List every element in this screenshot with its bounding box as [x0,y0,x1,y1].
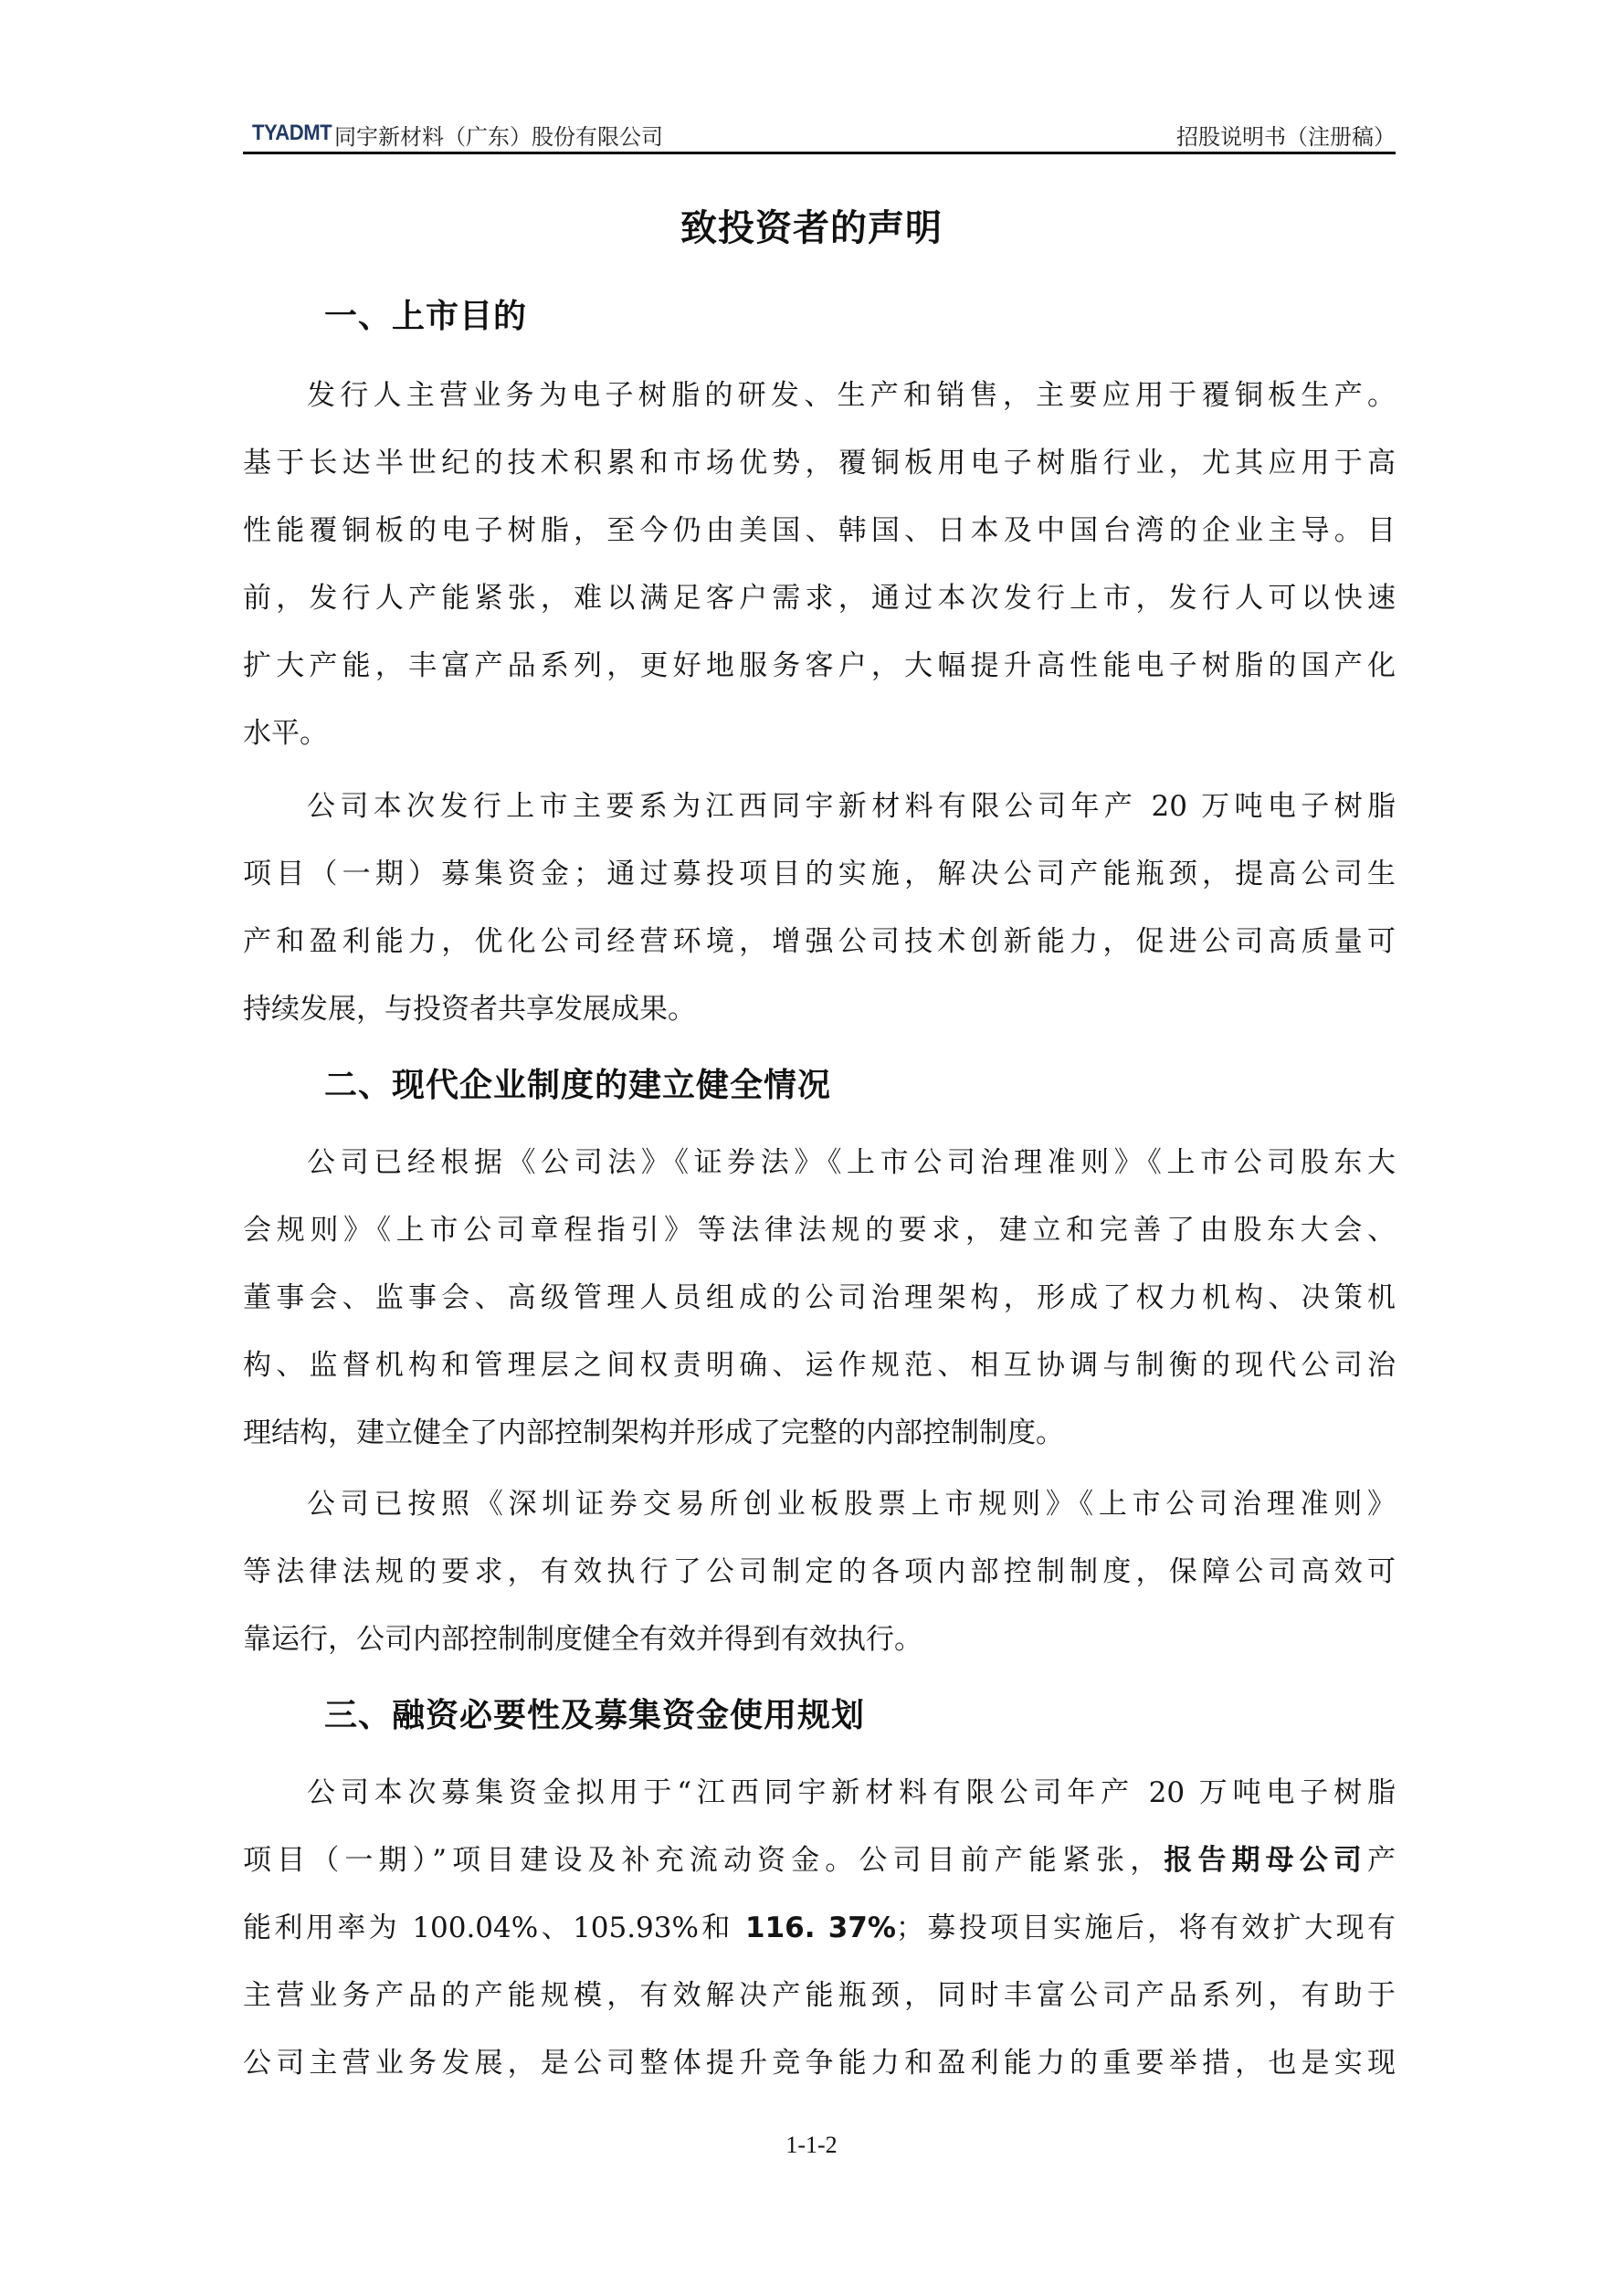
text-span: 能利用率为 100.04%、105.93%和 [243,1912,745,1944]
text-line: 发行人主营业务为电子树脂的研发、生产和销售，主要应用于覆铜板生产。 [243,362,1396,429]
text-line: 扩大产能，丰富产品系列，更好地服务客户，大幅提升高性能电子树脂的国产化 [243,632,1396,700]
text-line: 能利用率为 100.04%、105.93%和 116. 37%；募投项目实施后，… [243,1894,1396,1962]
page-header: TYADMT 同宇新材料（广东）股份有限公司 招股说明书（注册稿） [243,117,1396,152]
text-line: 项目（一期）”项目建设及补充流动资金。公司目前产能紧张，报告期母公司产 [243,1827,1396,1894]
section-heading-1: 一、上市目的 [324,290,527,337]
text-line: 主营业务产品的产能规模，有效解决产能瓶颈，同时丰富公司产品系列，有助于 [243,1962,1396,2029]
text-span: 项目（一期）”项目建设及补充流动资金。公司目前产能紧张， [243,1844,1164,1877]
text-line: 公司本次发行上市主要系为江西同宇新材料有限公司年产 20 万吨电子树脂 [243,773,1396,840]
page-title: 致投资者的声明 [0,199,1623,251]
text-line: 产和盈利能力，优化公司经营环境，增强公司技术创新能力，促进公司高质量可 [243,908,1396,975]
paragraph: 公司已按照《深圳证券交易所创业板股票上市规则》《上市公司治理准则》 等法律法规的… [243,1470,1396,1673]
paragraph: 公司本次发行上市主要系为江西同宇新材料有限公司年产 20 万吨电子树脂 项目（一… [243,773,1396,1043]
emphasis-number: 116. 37% [745,1912,896,1944]
text-line: 构、监督机构和管理层之间权责明确、运作规范、相互协调与制衡的现代公司治 [243,1332,1396,1399]
emphasis-text: 报告期母公司 [1164,1844,1367,1877]
text-line: 公司主营业务发展，是公司整体提升竞争能力和盈利能力的重要举措，也是实现 [243,2029,1396,2097]
section-heading-3: 三、融资必要性及募集资金使用规划 [324,1690,865,1736]
paragraph: 公司本次募集资金拟用于“江西同宇新材料有限公司年产 20 万吨电子树脂 项目（一… [243,1759,1396,2097]
text-line: 会规则》《上市公司章程指引》等法律法规的要求，建立和完善了由股东大会、 [243,1196,1396,1264]
page-number: 1-1-2 [0,2132,1623,2159]
text-line: 持续发展，与投资者共享发展成果。 [243,975,1396,1043]
text-line: 董事会、监事会、高级管理人员组成的公司治理架构，形成了权力机构、决策机 [243,1264,1396,1332]
paragraph: 发行人主营业务为电子树脂的研发、生产和销售，主要应用于覆铜板生产。 基于长达半世… [243,362,1396,767]
text-line: 公司已按照《深圳证券交易所创业板股票上市规则》《上市公司治理准则》 [243,1470,1396,1538]
text-line: 基于长达半世纪的技术积累和市场优势，覆铜板用电子树脂行业，尤其应用于高 [243,429,1396,497]
company-logo: TYADMT [252,121,332,146]
text-span: 产 [1367,1844,1396,1877]
document-type: 招股说明书（注册稿） [1176,119,1396,151]
text-span: ；募投项目实施后，将有效扩大现有 [896,1912,1396,1944]
text-line: 理结构，建立健全了内部控制架构并形成了完整的内部控制制度。 [243,1399,1396,1467]
text-line: 项目（一期）募集资金；通过募投项目的实施，解决公司产能瓶颈，提高公司生 [243,840,1396,908]
text-line: 公司本次募集资金拟用于“江西同宇新材料有限公司年产 20 万吨电子树脂 [243,1759,1396,1827]
text-line: 靠运行，公司内部控制制度健全有效并得到有效执行。 [243,1606,1396,1673]
text-line: 公司已经根据《公司法》《证券法》《上市公司治理准则》《上市公司股东大 [243,1129,1396,1196]
text-line: 性能覆铜板的电子树脂，至今仍由美国、韩国、日本及中国台湾的企业主导。目 [243,497,1396,564]
text-line: 水平。 [243,700,1396,767]
company-name: 同宇新材料（广东）股份有限公司 [334,119,663,151]
paragraph: 公司已经根据《公司法》《证券法》《上市公司治理准则》《上市公司股东大 会规则》《… [243,1129,1396,1467]
header-divider [243,152,1396,154]
text-line: 等法律法规的要求，有效执行了公司制定的各项内部控制制度，保障公司高效可 [243,1538,1396,1606]
section-heading-2: 二、现代企业制度的建立健全情况 [324,1059,831,1106]
text-line: 前，发行人产能紧张，难以满足客户需求，通过本次发行上市，发行人可以快速 [243,564,1396,632]
